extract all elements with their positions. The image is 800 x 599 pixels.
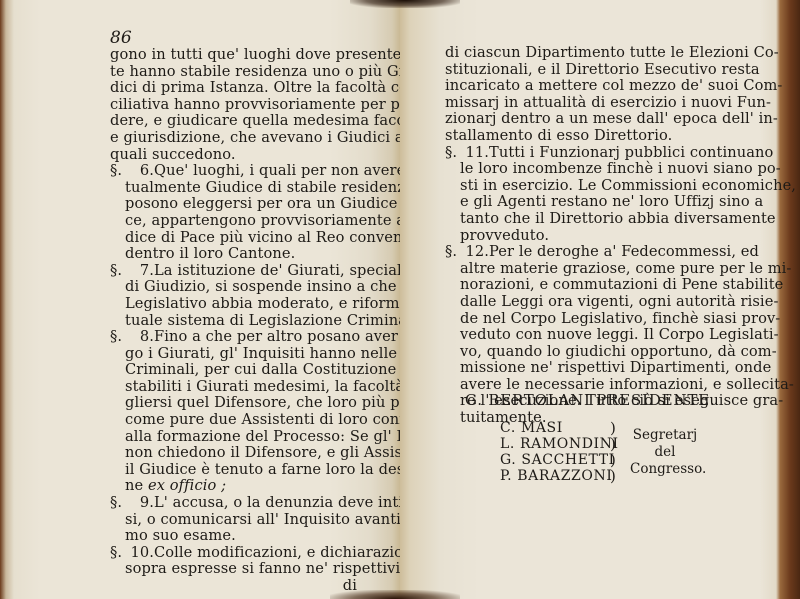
line-text: stallamento di esso Direttorio.	[445, 127, 672, 144]
line-text: sti in esercizio. Le Commissioni economi…	[460, 177, 796, 194]
line-text: non chiedono il Difensore, e gli Assiste…	[125, 444, 400, 461]
line-text: e giurisdizione, che avevano i Giudici a…	[110, 129, 400, 146]
role-line: Congresso.	[630, 461, 700, 478]
section-line: §. 6.Que' luoghi, i quali per non avere …	[110, 163, 397, 180]
line-text: tanto che il Direttorio abbia diversamen…	[460, 210, 776, 227]
line-text: vo, quando lo giudichi opportuno, dà com…	[460, 343, 777, 360]
brace-mark: )	[610, 468, 616, 484]
text-line: sopra espresse si fanno ne' rispettivi C…	[110, 561, 397, 578]
section-line: §. 12.Per le deroghe a' Fedecommessi, ed	[445, 244, 730, 261]
text-line: mo suo esame.	[110, 528, 397, 545]
text-line: ce, appartengono provvisoriamente al Giu…	[110, 213, 397, 230]
text-line: sti in esercizio. Le Commissioni economi…	[445, 178, 730, 195]
text-line: di Giudizio, si sospende insino a che il…	[110, 279, 397, 296]
text-line: dere, e giudicare quella medesima facolt…	[110, 113, 397, 130]
text-line: ciliativa hanno provvisoriamente per pro…	[110, 97, 397, 114]
section-marker: §. 6.	[110, 163, 154, 180]
secretary-name: L. RAMONDINI	[500, 436, 619, 452]
text-line: incaricato a mettere col mezzo de' suoi …	[445, 78, 730, 95]
section-marker: §. 9.	[110, 495, 154, 512]
line-text: Colle modificazioni, e dichiarazioni di	[154, 544, 400, 561]
line-text: ce, appartengono provvisoriamente al Giu…	[125, 212, 400, 229]
role-line: Segretarj	[630, 427, 700, 444]
text-line: e gli Agenti restano ne' loro Uffizj sin…	[445, 194, 730, 211]
text-line: alla formazione del Processo: Se gl' Inq…	[110, 429, 397, 446]
text-line: come pure due Assistenti di loro confide…	[110, 412, 397, 429]
line-text: missarj in attualità di esercizio i nuov…	[445, 94, 771, 111]
line-text: gono in tutti que' luoghi dove presentem…	[110, 46, 400, 63]
line-text: Criminali, per cui dalla Costituzione so…	[125, 361, 400, 378]
text-line: non chiedono il Difensore, e gli Assiste…	[110, 445, 397, 462]
text-line: tualmente Giudice di stabile residenza n…	[110, 180, 397, 197]
text-line: tuale sistema di Legislazione Criminale.	[110, 313, 397, 330]
line-text: il Giudice è tenuto a farne loro la dest…	[125, 461, 400, 478]
line-text: quali succedono.	[110, 146, 236, 163]
line-text: posono eleggersi per ora un Giudice di P…	[125, 195, 400, 212]
line-text: Per le deroghe a' Fedecommessi, ed	[489, 243, 759, 260]
text-line: missarj in attualità di esercizio i nuov…	[445, 95, 730, 112]
line-text: di ciascun Dipartimento tutte le Elezion…	[445, 44, 779, 61]
text-line: Criminali, per cui dalla Costituzione so…	[110, 362, 397, 379]
secretaries-block: C. MASIL. RAMONDINIG. SACCHETTIP. BARAZZ…	[500, 420, 700, 484]
line-text: dice di Pace più vicino al Reo convenuto	[125, 229, 400, 246]
text-line: go i Giurati, gl' Inquisiti hanno nelle …	[110, 346, 397, 363]
section-line: §. 11.Tutti i Funzionarj pubblici contin…	[445, 145, 730, 162]
text-line: ne ex officio ;	[110, 478, 397, 495]
right-page-body: di ciascun Dipartimento tutte le Elezion…	[445, 45, 730, 427]
brace-mark: )	[610, 452, 616, 468]
section-marker: §. 8.	[110, 329, 154, 346]
text-line: zionarj dentro a un mese dall' epoca del…	[445, 111, 730, 128]
secretary-name: C. MASI	[500, 420, 619, 436]
line-text: mo suo esame.	[125, 527, 236, 544]
line-text: sopra espresse si fanno ne' rispettivi C…	[125, 560, 400, 577]
text-line: stallamento di esso Direttorio.	[445, 128, 730, 145]
brace-mark: )	[610, 420, 616, 436]
line-text: gliersi quel Difensore, che loro più pia…	[125, 394, 400, 411]
line-text: come pure due Assistenti di loro confide…	[125, 411, 400, 428]
text-line: vo, quando lo giudichi opportuno, dà com…	[445, 344, 730, 361]
line-text: Tutti i Funzionarj pubblici continuano	[489, 144, 773, 161]
left-page-body: gono in tutti que' luoghi dove presentem…	[110, 47, 397, 595]
text-line: Legislativo abbia moderato, e riformato …	[110, 296, 397, 313]
text-line: il Giudice è tenuto a farne loro la dest…	[110, 462, 397, 479]
text-line: dalle Leggi ora vigenti, ogni autorità r…	[445, 294, 730, 311]
line-text: ne	[125, 477, 148, 494]
text-line: veduto con nuove leggi. Il Corpo Legisla…	[445, 327, 730, 344]
line-text: missione ne' rispettivi Dipartimenti, on…	[460, 359, 771, 376]
line-text: incaricato a mettere col mezzo de' suoi …	[445, 77, 782, 94]
line-text: La istituzione de' Giurati, specialmente	[154, 262, 400, 279]
line-text: dici di prima Istanza. Oltre la facoltà …	[110, 79, 400, 96]
gutter-shadow-top	[350, 0, 460, 8]
line-text: Que' luoghi, i quali per non avere at-	[154, 162, 400, 179]
section-line: §. 8.Fino a che per altro posano aver lu…	[110, 329, 397, 346]
line-text: veduto con nuove leggi. Il Corpo Legisla…	[460, 326, 779, 343]
section-marker: §. 12.	[445, 244, 489, 261]
text-line: le loro incombenze finchè i nuovi siano …	[445, 161, 730, 178]
secretary-names: C. MASIL. RAMONDINIG. SACCHETTIP. BARAZZ…	[500, 420, 619, 484]
line-text: Legislativo abbia moderato, e riformato …	[125, 295, 400, 312]
section-line: §. 10.Colle modificazioni, e dichiarazio…	[110, 545, 397, 562]
line-text: dere, e giudicare quella medesima facolt…	[110, 112, 400, 129]
line-text: altre materie graziose, come pure per le…	[460, 260, 791, 277]
line-text: ciliativa hanno provvisoriamente per pro…	[110, 96, 400, 113]
section-marker: §. 7.	[110, 263, 154, 280]
page-number-left: 86	[110, 28, 132, 48]
text-line: te hanno stabile residenza uno o più Giu…	[110, 64, 397, 81]
line-text: e gli Agenti restano ne' loro Uffizj sin…	[460, 193, 763, 210]
brace-mark: )	[610, 436, 616, 452]
text-line: dici di prima Istanza. Oltre la facoltà …	[110, 80, 397, 97]
president-signature: G. BERTOLANI PRESIDENTE.	[465, 391, 715, 409]
text-line: si, o comunicarsi all' Inquisito avanti …	[110, 512, 397, 529]
secretary-name: G. SACCHETTI	[500, 452, 619, 468]
brace-marks: ))))	[610, 420, 616, 484]
text-line: posono eleggersi per ora un Giudice di P…	[110, 196, 397, 213]
secretary-name: P. BARAZZONI	[500, 468, 619, 484]
line-text: si, o comunicarsi all' Inquisito avanti …	[125, 511, 400, 528]
line-text: zionarj dentro a un mese dall' epoca del…	[445, 110, 778, 127]
line-text: le loro incombenze finchè i nuovi siano …	[460, 160, 781, 177]
section-line: §. 9.L' accusa, o la denunzia deve intim…	[110, 495, 397, 512]
line-text: Fino a che per altro posano aver luo-	[154, 328, 400, 345]
text-line: gliersi quel Difensore, che loro più pia…	[110, 395, 397, 412]
line-text: di Giudizio, si sospende insino a che il…	[125, 278, 400, 295]
italic-phrase: ex officio ;	[148, 477, 226, 494]
text-line: stituzionali, e il Direttorio Esecutivo …	[445, 62, 730, 79]
text-line: norazioni, e commutazioni di Pene stabil…	[445, 277, 730, 294]
line-text: dalle Leggi ora vigenti, ogni autorità r…	[460, 293, 778, 310]
line-text: provveduto.	[460, 227, 549, 244]
left-page: 86 gono in tutti que' luoghi dove presen…	[0, 0, 400, 599]
section-line: §. 7.La istituzione de' Giurati, special…	[110, 263, 397, 280]
line-text: go i Giurati, gl' Inquisiti hanno nelle …	[125, 345, 400, 362]
text-line: dentro il loro Cantone.	[110, 246, 397, 263]
line-text: stabiliti i Giurati medesimi, la facoltà…	[125, 378, 400, 395]
section-marker: §. 11.	[445, 145, 489, 162]
line-text: L' accusa, o la denunzia deve intimar-	[154, 494, 400, 511]
text-line: quali succedono.	[110, 147, 397, 164]
role-line: del	[630, 444, 700, 461]
text-line: gono in tutti que' luoghi dove presentem…	[110, 47, 397, 64]
text-line: missione ne' rispettivi Dipartimenti, on…	[445, 360, 730, 377]
text-line: di ciascun Dipartimento tutte le Elezion…	[445, 45, 730, 62]
line-text: te hanno stabile residenza uno o più Giu…	[110, 63, 400, 80]
line-text: norazioni, e commutazioni di Pene stabil…	[460, 276, 783, 293]
line-text: stituzionali, e il Direttorio Esecutivo …	[445, 61, 760, 78]
line-text: tuale sistema di Legislazione Criminale.	[125, 312, 400, 329]
text-line: tanto che il Direttorio abbia diversamen…	[445, 211, 730, 228]
text-line: stabiliti i Giurati medesimi, la facoltà…	[110, 379, 397, 396]
book-spread: 86 gono in tutti que' luoghi dove presen…	[0, 0, 800, 599]
text-line: de nel Corpo Legislativo, finchè siasi p…	[445, 311, 730, 328]
line-text: alla formazione del Processo: Se gl' Inq…	[125, 428, 400, 445]
line-text: de nel Corpo Legislativo, finchè siasi p…	[460, 310, 780, 327]
line-text: dentro il loro Cantone.	[125, 245, 295, 262]
gutter-shadow-bottom	[330, 590, 460, 599]
text-line: provveduto.	[445, 228, 730, 245]
text-line: dice di Pace più vicino al Reo convenuto	[110, 230, 397, 247]
section-marker: §. 10.	[110, 545, 154, 562]
text-line: altre materie graziose, come pure per le…	[445, 261, 730, 278]
secretaries-role: SegretarjdelCongresso.	[630, 427, 700, 478]
text-line: e giurisdizione, che avevano i Giudici a…	[110, 130, 397, 147]
line-text: tualmente Giudice di stabile residenza n…	[125, 179, 400, 196]
